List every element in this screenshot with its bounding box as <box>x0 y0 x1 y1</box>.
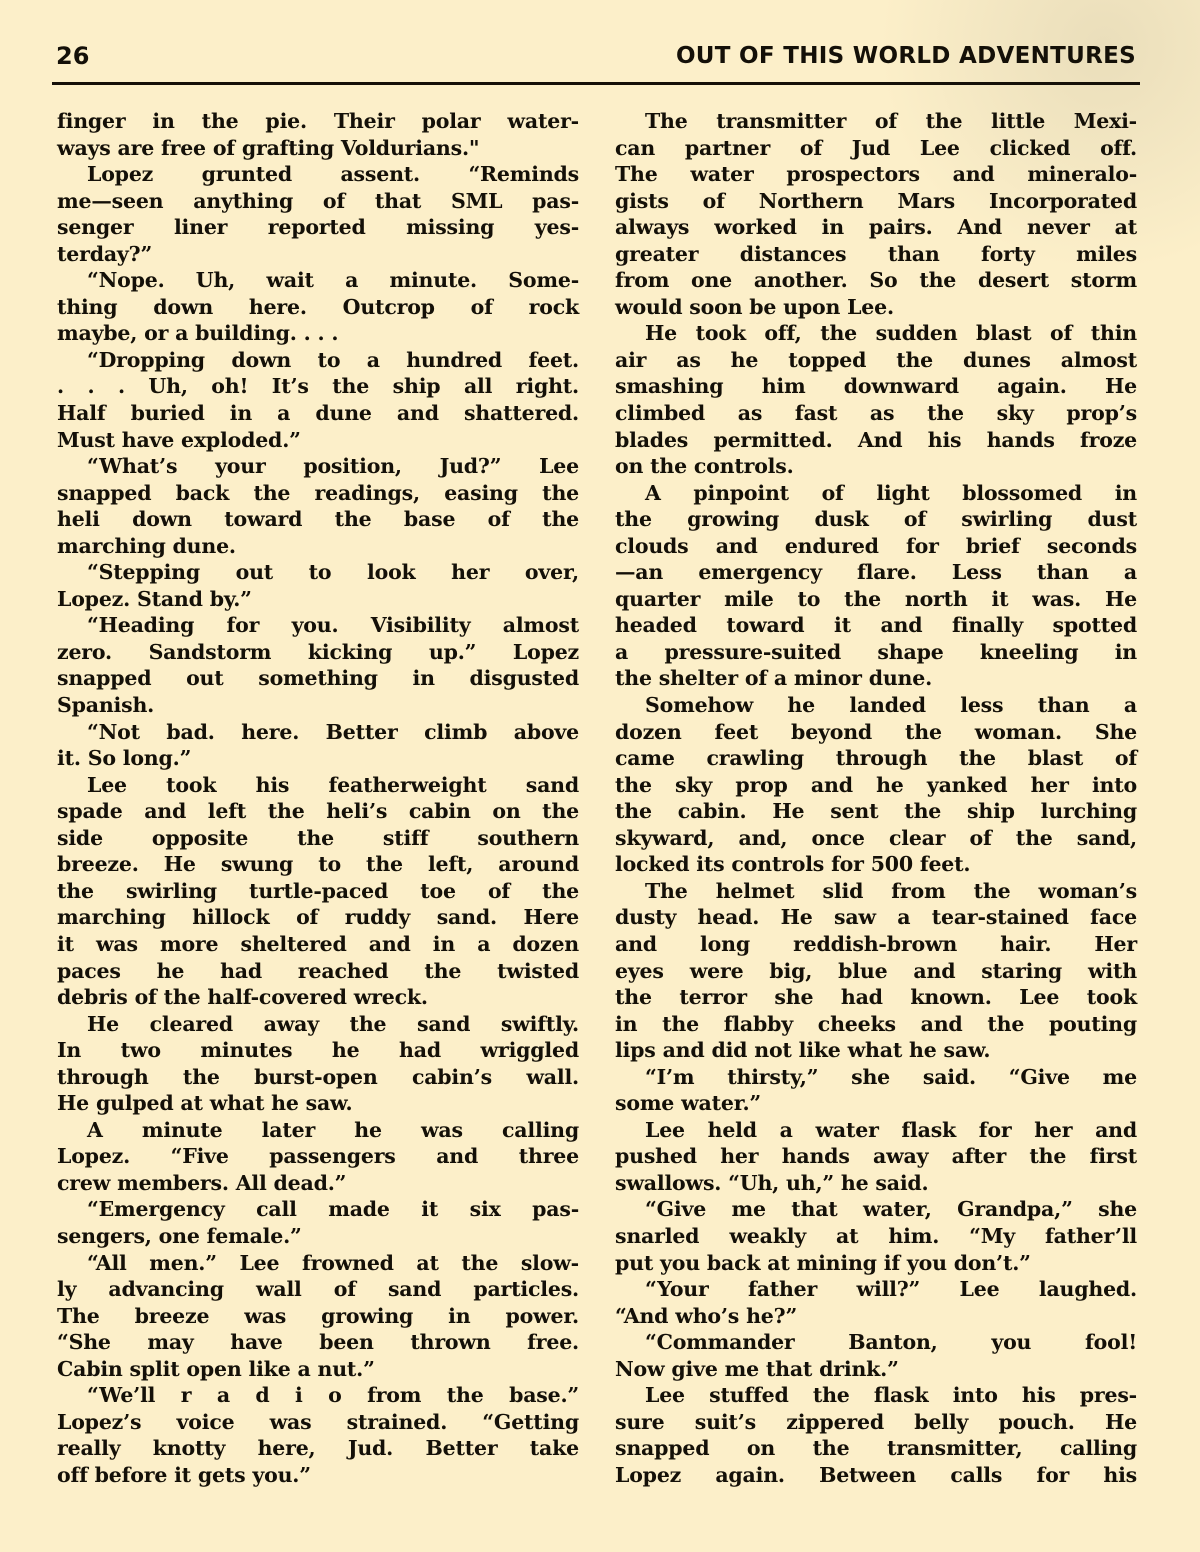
text-line: He gulped at what he saw. <box>57 1090 579 1117</box>
text-line: breeze. He swung to the left, around <box>57 851 579 878</box>
text-line: snapped on the transmitter, calling <box>615 1435 1137 1462</box>
page-number: 26 <box>56 42 89 70</box>
text-line: quarter mile to the north it was. He <box>615 586 1137 613</box>
text-line: debris of the half-covered wreck. <box>57 984 579 1011</box>
text-line: —an emergency flare. Less than a <box>615 559 1137 586</box>
text-line: finger in the pie. Their polar water- <box>57 108 579 135</box>
text-line: maybe, or a building. . . . <box>57 320 579 347</box>
text-line: greater distances than forty miles <box>615 241 1137 268</box>
text-line: pushed her hands away after the first <box>615 1143 1137 1170</box>
text-line: He cleared away the sand swiftly. <box>57 1011 579 1038</box>
text-line: thing down here. Outcrop of rock <box>57 294 579 321</box>
right-column: The transmitter of the little Mexi-can p… <box>615 108 1137 1488</box>
text-line: Lopez. Stand by.” <box>57 586 579 613</box>
text-line: Half buried in a dune and shattered. <box>57 400 579 427</box>
paragraph: A minute later he was callingLopez. “Fiv… <box>57 1117 579 1197</box>
text-line: put you back at mining if you don’t.” <box>615 1250 1137 1277</box>
text-line: from one another. So the desert storm <box>615 267 1137 294</box>
text-line: ly advancing wall of sand particles. <box>57 1276 579 1303</box>
text-line: In two minutes he had wriggled <box>57 1037 579 1064</box>
paragraph: “Your father will?” Lee laughed.“And who… <box>615 1276 1137 1329</box>
text-line: “All men.” Lee frowned at the slow- <box>57 1250 579 1277</box>
text-line: dusty head. He saw a tear-stained face <box>615 904 1137 931</box>
running-title: OUT OF THIS WORLD ADVENTURES <box>676 43 1136 69</box>
text-line: air as he topped the dunes almost <box>615 347 1137 374</box>
text-line: Lee held a water flask for her and <box>615 1117 1137 1144</box>
paragraph: “We’ll r a d i o from the base.”Lopez’s … <box>57 1382 579 1488</box>
text-line: A minute later he was calling <box>57 1117 579 1144</box>
text-line: . . . Uh, oh! It’s the ship all right. <box>57 373 579 400</box>
paragraph: “Emergency call made it six pas-sengers,… <box>57 1196 579 1249</box>
text-line: “And who’s he?” <box>615 1303 1137 1330</box>
paragraph: finger in the pie. Their polar water-way… <box>57 108 579 161</box>
text-line: snapped back the readings, easing the <box>57 480 579 507</box>
text-line: “Commander Banton, you fool! <box>615 1329 1137 1356</box>
text-line: marching dune. <box>57 533 579 560</box>
text-line: snarled weakly at him. “My father’ll <box>615 1223 1137 1250</box>
paragraph: Lee stuffed the flask into his pres-sure… <box>615 1382 1137 1488</box>
text-line: heli down toward the base of the <box>57 506 579 533</box>
text-line: He took off, the sudden blast of thin <box>615 320 1137 347</box>
paragraph: “Give me that water, Grandpa,” shesnarle… <box>615 1196 1137 1276</box>
paragraph: “Not bad. here. Better climb aboveit. So… <box>57 719 579 772</box>
text-line: swallows. “Uh, uh,” he said. <box>615 1170 1137 1197</box>
paragraph: The transmitter of the little Mexi-can p… <box>615 108 1137 320</box>
text-line: dozen feet beyond the woman. She <box>615 719 1137 746</box>
text-line: in the flabby cheeks and the pouting <box>615 1011 1137 1038</box>
paragraph: He took off, the sudden blast of thinair… <box>615 320 1137 479</box>
paragraph: “What’s your position, Jud?” Leesnapped … <box>57 453 579 559</box>
text-line: climbed as fast as the sky prop’s <box>615 400 1137 427</box>
text-line: “Nope. Uh, wait a minute. Some- <box>57 267 579 294</box>
magazine-page: 26 OUT OF THIS WORLD ADVENTURES finger i… <box>0 0 1200 1552</box>
text-line: “Your father will?” Lee laughed. <box>615 1276 1137 1303</box>
text-line: snapped out something in disgusted <box>57 665 579 692</box>
text-line: Lee stuffed the flask into his pres- <box>615 1382 1137 1409</box>
text-line: Lee took his featherweight sand <box>57 772 579 799</box>
paragraph: “Dropping down to a hundred feet.. . . U… <box>57 347 579 453</box>
paragraph: Lopez grunted assent. “Remindsme—seen an… <box>57 161 579 267</box>
paragraph: The helmet slid from the woman’sdusty he… <box>615 878 1137 1064</box>
text-line: Lopez again. Between calls for his <box>615 1462 1137 1489</box>
text-line: through the burst-open cabin’s wall. <box>57 1064 579 1091</box>
paragraph: A pinpoint of light blossomed inthe grow… <box>615 480 1137 692</box>
text-line: Somehow he landed less than a <box>615 692 1137 719</box>
text-line: gists of Northern Mars Incorporated <box>615 188 1137 215</box>
paragraph: “Stepping out to look her over,Lopez. St… <box>57 559 579 612</box>
text-line: The breeze was growing in power. <box>57 1303 579 1330</box>
text-line: headed toward it and finally spotted <box>615 612 1137 639</box>
text-line: off before it gets you.” <box>57 1462 579 1489</box>
text-line: it. So long.” <box>57 745 579 772</box>
text-line: the swirling turtle-paced toe of the <box>57 878 579 905</box>
paragraph: “I’m thirsty,” she said. “Give mesome wa… <box>615 1064 1137 1117</box>
text-line: A pinpoint of light blossomed in <box>615 480 1137 507</box>
text-line: Now give me that drink.” <box>615 1356 1137 1383</box>
text-line: The transmitter of the little Mexi- <box>615 108 1137 135</box>
text-line: skyward, and, once clear of the sand, <box>615 825 1137 852</box>
text-line: blades permitted. And his hands froze <box>615 427 1137 454</box>
text-line: some water.” <box>615 1090 1137 1117</box>
text-line: eyes were big, blue and staring with <box>615 958 1137 985</box>
text-line: crew members. All dead.” <box>57 1170 579 1197</box>
text-line: Lopez. “Five passengers and three <box>57 1143 579 1170</box>
text-line: Lopez grunted assent. “Reminds <box>57 161 579 188</box>
text-line: zero. Sandstorm kicking up.” Lopez <box>57 639 579 666</box>
text-line: “Stepping out to look her over, <box>57 559 579 586</box>
text-line: sure suit’s zippered belly pouch. He <box>615 1409 1137 1436</box>
text-line: ways are free of grafting Voldurians." <box>57 135 579 162</box>
paragraph: “All men.” Lee frowned at the slow-ly ad… <box>57 1250 579 1383</box>
paragraph: Lee held a water flask for her andpushed… <box>615 1117 1137 1197</box>
text-line: The water prospectors and mineralo- <box>615 161 1137 188</box>
text-line: “She may have been thrown free. <box>57 1329 579 1356</box>
text-line: me—seen anything of that SML pas- <box>57 188 579 215</box>
paragraph: “Commander Banton, you fool!Now give me … <box>615 1329 1137 1382</box>
paragraph: He cleared away the sand swiftly.In two … <box>57 1011 579 1117</box>
text-line: “Emergency call made it six pas- <box>57 1196 579 1223</box>
text-line: the growing dusk of swirling dust <box>615 506 1137 533</box>
text-line: it was more sheltered and in a dozen <box>57 931 579 958</box>
text-line: on the controls. <box>615 453 1137 480</box>
paragraph: “Nope. Uh, wait a minute. Some-thing dow… <box>57 267 579 347</box>
text-line: locked its controls for 500 feet. <box>615 851 1137 878</box>
text-line: “Dropping down to a hundred feet. <box>57 347 579 374</box>
text-line: sengers, one female.” <box>57 1223 579 1250</box>
text-line: came crawling through the blast of <box>615 745 1137 772</box>
text-line: the terror she had known. Lee took <box>615 984 1137 1011</box>
left-column: finger in the pie. Their polar water-way… <box>57 108 579 1488</box>
text-line: “Heading for you. Visibility almost <box>57 612 579 639</box>
text-line: always worked in pairs. And never at <box>615 214 1137 241</box>
text-line: the shelter of a minor dune. <box>615 665 1137 692</box>
text-line: The helmet slid from the woman’s <box>615 878 1137 905</box>
text-line: Cabin split open like a nut.” <box>57 1356 579 1383</box>
text-line: senger liner reported missing yes- <box>57 214 579 241</box>
text-line: paces he had reached the twisted <box>57 958 579 985</box>
text-line: can partner of Jud Lee clicked off. <box>615 135 1137 162</box>
text-line: Spanish. <box>57 692 579 719</box>
text-line: spade and left the heli’s cabin on the <box>57 798 579 825</box>
text-line: the sky prop and he yanked her into <box>615 772 1137 799</box>
text-line: side opposite the stiff southern <box>57 825 579 852</box>
paragraph: Lee took his featherweight sandspade and… <box>57 772 579 1011</box>
text-line: lips and did not like what he saw. <box>615 1037 1137 1064</box>
text-line: “What’s your position, Jud?” Lee <box>57 453 579 480</box>
text-line: Lopez’s voice was strained. “Getting <box>57 1409 579 1436</box>
text-line: would soon be upon Lee. <box>615 294 1137 321</box>
text-line: marching hillock of ruddy sand. Here <box>57 904 579 931</box>
text-line: Must have exploded.” <box>57 427 579 454</box>
text-line: terday?” <box>57 241 579 268</box>
text-line: and long reddish-brown hair. Her <box>615 931 1137 958</box>
text-line: “Not bad. here. Better climb above <box>57 719 579 746</box>
text-line: the cabin. He sent the ship lurching <box>615 798 1137 825</box>
text-line: “I’m thirsty,” she said. “Give me <box>615 1064 1137 1091</box>
paragraph: Somehow he landed less than adozen feet … <box>615 692 1137 878</box>
text-line: “Give me that water, Grandpa,” she <box>615 1196 1137 1223</box>
paragraph: “Heading for you. Visibility almostzero.… <box>57 612 579 718</box>
text-line: “We’ll r a d i o from the base.” <box>57 1382 579 1409</box>
text-line: smashing him downward again. He <box>615 373 1137 400</box>
text-line: really knotty here, Jud. Better take <box>57 1435 579 1462</box>
text-line: clouds and endured for brief seconds <box>615 533 1137 560</box>
text-line: a pressure-suited shape kneeling in <box>615 639 1137 666</box>
page-header: 26 OUT OF THIS WORLD ADVENTURES <box>52 38 1140 85</box>
